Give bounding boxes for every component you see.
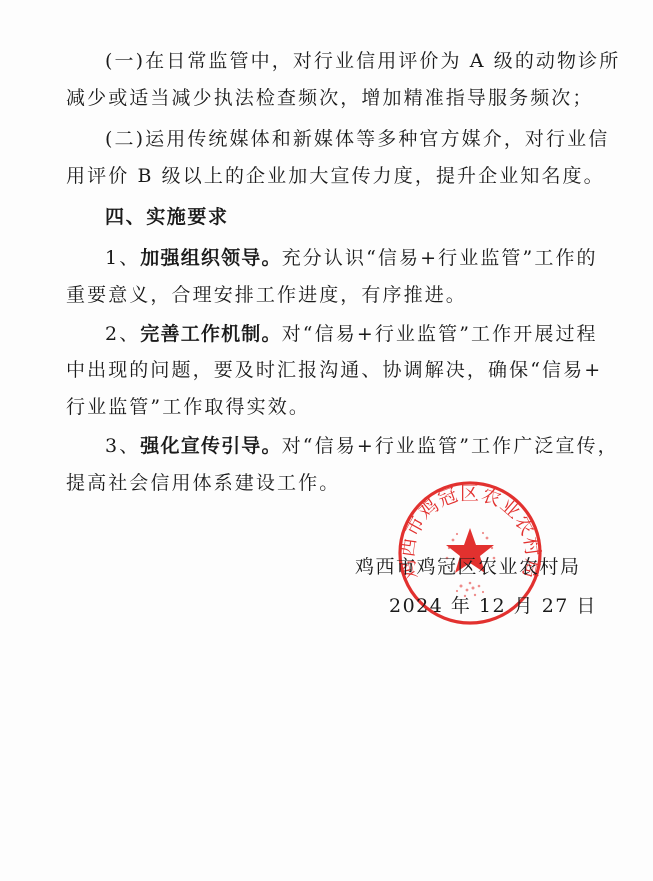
section-heading: 四、实施要求 (105, 205, 229, 229)
requirement-2-line-3: 行业监管”工作取得实效。 (66, 395, 310, 419)
requirement-3-line-1: 3、强化宣传引导。对“信易+行业监管”工作广泛宣传， (105, 434, 619, 458)
signing-date: 2024 年 12 月 27 日 (389, 594, 597, 618)
requirement-3-number: 3、 (105, 435, 140, 457)
requirement-1-line-1: 1、加强组织领导。充分认识“信易+行业监管”工作的 (105, 246, 598, 270)
requirement-1-line-2: 重要意义，合理安排工作进度，有序推进。 (66, 283, 467, 307)
requirement-2-lead: 完善工作机制。 (140, 323, 281, 345)
signing-organization: 鸡西市鸡冠区农业农村局 (355, 555, 581, 579)
item-1-line-1: (一)在日常监管中，对行业信用评价为 A 级的动物诊所 (105, 49, 620, 73)
requirement-1-text: 充分认识“信易+行业监管”工作的 (282, 247, 598, 269)
item-2-line-1: (二)运用传统媒体和新媒体等多种官方媒介，对行业信 (105, 127, 609, 151)
item-2-line-2: 用评价 B 级以上的企业加大宣传力度，提升企业知名度。 (66, 164, 605, 188)
requirement-2-text: 对“信易+行业监管”工作开展过程 (282, 323, 598, 345)
document-page: (一)在日常监管中，对行业信用评价为 A 级的动物诊所 减少或适当减少执法检查频… (0, 0, 653, 881)
requirement-1-number: 1、 (105, 247, 140, 269)
requirement-2-line-2: 中出现的问题，要及时汇报沟通、协调解决，确保“信易+ (66, 358, 602, 382)
requirement-2-number: 2、 (105, 323, 140, 345)
requirement-2-line-1: 2、完善工作机制。对“信易+行业监管”工作开展过程 (105, 322, 598, 346)
requirement-3-text: 对“信易+行业监管”工作广泛宣传， (282, 435, 619, 457)
requirement-3-lead: 强化宣传引导。 (140, 435, 281, 457)
requirement-3-line-2: 提高社会信用体系建设工作。 (66, 471, 340, 495)
item-1-line-2: 减少或适当减少执法检查频次，增加精准指导服务频次； (66, 86, 594, 110)
requirement-1-lead: 加强组织领导。 (140, 247, 281, 269)
